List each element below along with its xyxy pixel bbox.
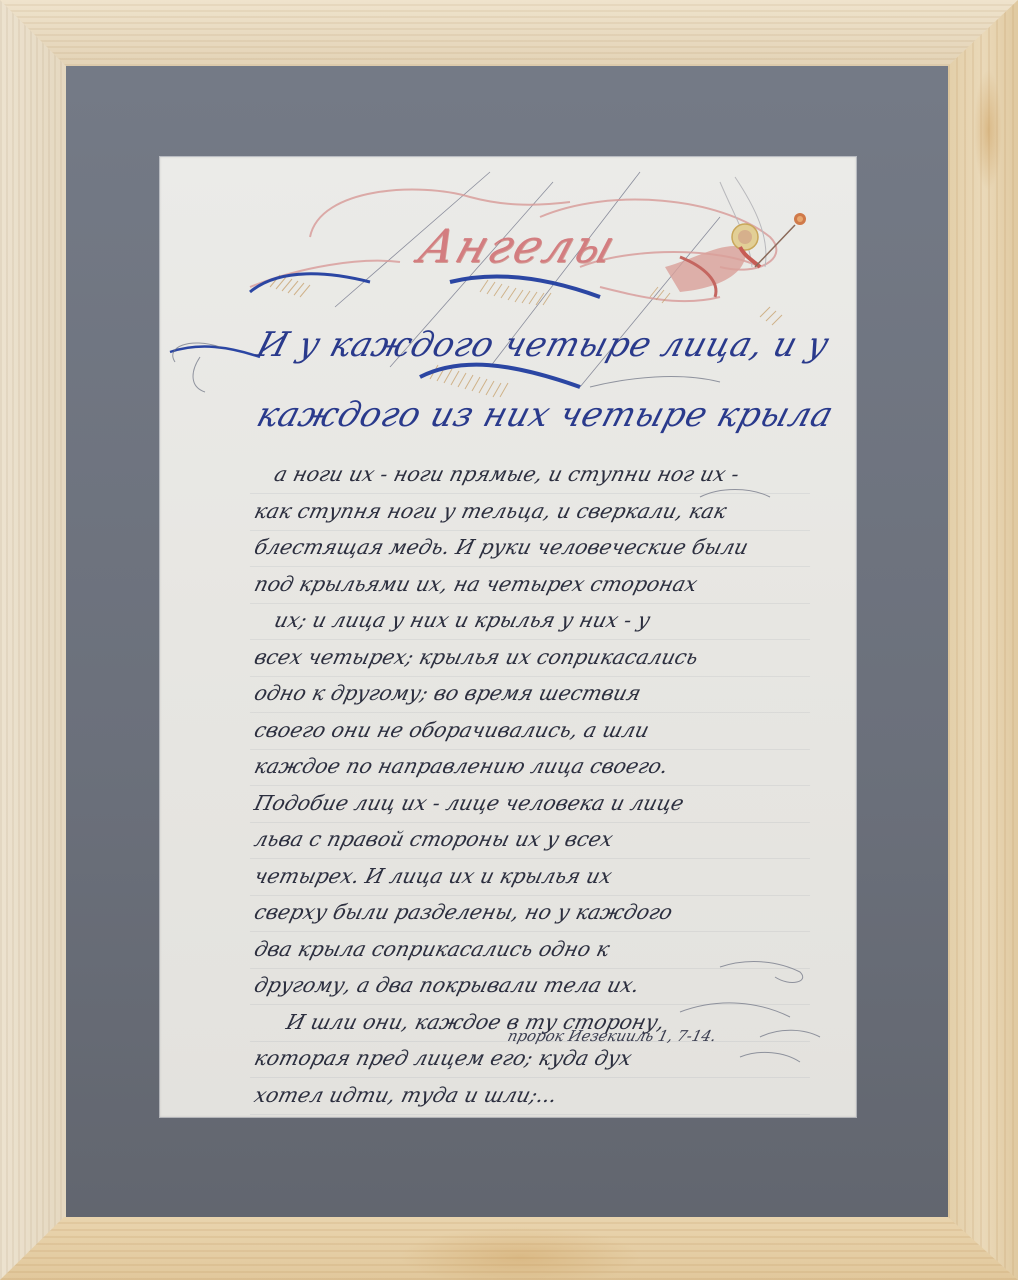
body-line: льва с правой стороны их у всех [250,822,819,859]
scripture-citation: пророк Иезекииль 1, 7-14. [506,1027,718,1045]
frame-bottom-rail [0,1217,1018,1280]
body-line: под крыльями их, на четырех сторонах [250,567,819,604]
body-line: другому, а два покрывали тела их. [250,968,819,1005]
frame-left-rail [0,0,66,1280]
body-line: их; и лица у них и крылья у них - у [250,603,819,640]
frame-top-rail [0,0,1018,66]
frame-right-rail [948,0,1018,1280]
body-line: которая пред лицем его; куда дух [250,1041,819,1078]
calligraphy-sheet: Ангелы И у каждого четыре лица, и у кажд… [160,157,856,1117]
body-line: как ступня ноги у тельца, и сверкали, ка… [250,494,819,531]
body-line: четырех. И лица их и крылья их [250,859,819,896]
body-line: Подобие лиц их - лице человека и лице [250,786,819,823]
body-line: блестящая медь. И руки человеческие были [250,530,819,567]
body-line: всех четырех; крылья их соприкасались [250,640,819,677]
body-line: каждое по направлению лица своего. [250,749,819,786]
body-line: два крыла соприкасались одно к [250,932,819,969]
body-line: сверху были разделены, но у каждого [250,895,819,932]
body-line: своего они не оборачивались, а шли [250,713,819,750]
wooden-frame: Ангелы И у каждого четыре лица, и у кажд… [0,0,1018,1280]
heading-line-1: И у каждого четыре лица, и у [252,325,834,365]
body-line: хотел идти, туда и шли;... [250,1078,819,1115]
artwork-title: Ангелы [389,219,647,273]
body-line: одно к другому; во время шествия [250,676,819,713]
heading-line-2: каждого из них четыре крыла [252,395,838,435]
angel-illustration [665,177,806,297]
body-text: а ноги их - ноги прямые, и ступни ног их… [250,457,810,1114]
body-line: а ноги их - ноги прямые, и ступни ног их… [250,457,819,494]
